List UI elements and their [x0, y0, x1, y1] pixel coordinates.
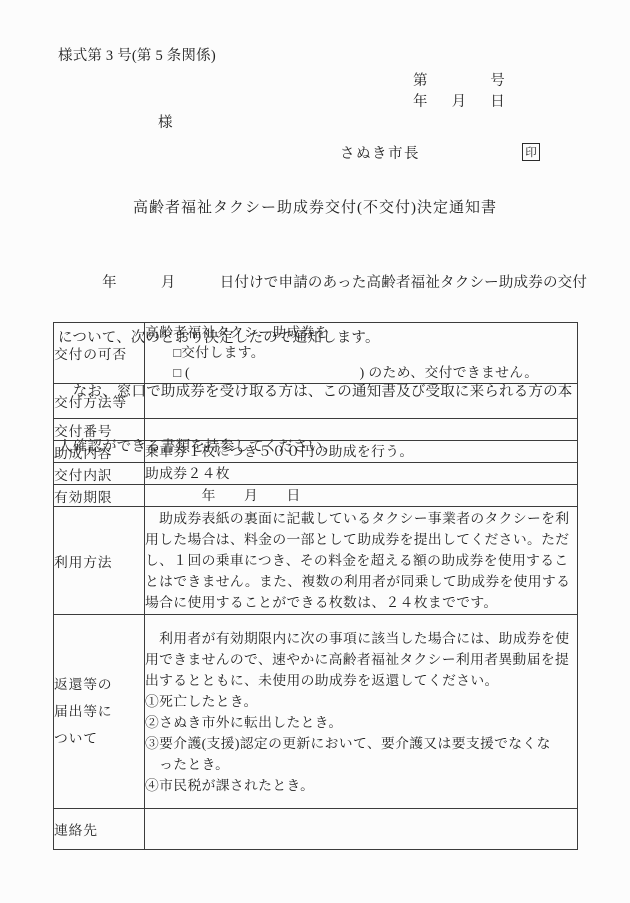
cell-line: 助成券表紙の裏面に記載しているタクシー事業者のタクシーを利 — [145, 508, 577, 529]
cell-line: 高齢者福祉タクシー助成券を — [145, 323, 577, 343]
table-row: 交付内訳助成券２４枚 — [54, 463, 578, 485]
cell-line: □ ( ) のため、交付できません。 — [145, 363, 577, 383]
cell-line: ③要介護(支援)認定の更新において、要介護又は要支援でなくな — [145, 733, 577, 754]
cell-line: し、１回の乗車につき、その料金を超える額の助成券を使用するこ — [145, 550, 577, 571]
table-row: 交付の可否高齢者福祉タクシー助成券を □交付します。 □ ( ) のため、交付で… — [54, 323, 578, 384]
form-number: 様式第 3 号(第 5 条関係) — [58, 44, 216, 65]
row-content-cell — [145, 419, 578, 441]
doc-number-prefix: 第 — [413, 69, 428, 90]
row-content-cell: 年 月 日 — [145, 485, 578, 507]
table-row: 返還等の届出等について 利用者が有効期限内に次の事項に該当した場合には、助成券を… — [54, 615, 578, 809]
document-page: 様式第 3 号(第 5 条関係) 第 号 年 月 日 様 さぬき市長 印 高齢者… — [0, 0, 630, 903]
addressee-honorific: 様 — [158, 111, 173, 132]
row-label-cell: 交付内訳 — [54, 463, 145, 485]
row-label-cell: 有効期限 — [54, 485, 145, 507]
row-label-cell: 返還等の届出等について — [54, 615, 145, 809]
row-label-line: 返還等の — [54, 671, 144, 698]
doc-number-suffix: 号 — [490, 69, 505, 90]
table-row: 交付番号 — [54, 419, 578, 441]
row-content-cell — [145, 809, 578, 850]
row-label-cell: 交付の可否 — [54, 323, 145, 384]
notice-table: 交付の可否高齢者福祉タクシー助成券を □交付します。 □ ( ) のため、交付で… — [53, 322, 578, 850]
row-content-cell: 乗車券１枚につき５００円の助成を行う。 — [145, 441, 578, 463]
cell-line: ②さぬき市外に転出したとき。 — [145, 712, 577, 733]
row-label-line: ついて — [54, 725, 144, 752]
cell-line: 出するとともに、未使用の助成券を返還してください。 — [145, 670, 577, 691]
table-row: 利用方法 助成券表紙の裏面に記載しているタクシー事業者のタクシーを利用した場合は… — [54, 507, 578, 615]
year-label: 年 — [413, 90, 428, 111]
cell-line: 用できませんので、速やかに高齢者福祉タクシー利用者異動届を提 — [145, 649, 577, 670]
sender-name: さぬき市長 — [340, 142, 420, 163]
row-content-cell: 高齢者福祉タクシー助成券を □交付します。 □ ( ) のため、交付できません。 — [145, 323, 578, 384]
page-title: 高齢者福祉タクシー助成券交付(不交付)決定通知書 — [0, 196, 630, 217]
row-label-cell: 連絡先 — [54, 809, 145, 850]
row-content-cell: 助成券２４枚 — [145, 463, 578, 485]
cell-line: ④市民税が課されたとき。 — [145, 775, 577, 796]
row-label-cell: 利用方法 — [54, 507, 145, 615]
cell-line: 場合に使用することができる枚数は、２４枚までです。 — [145, 592, 577, 613]
row-label-line: 届出等に — [54, 698, 144, 725]
cell-line: 利用者が有効期限内に次の事項に該当した場合には、助成券を使 — [145, 628, 577, 649]
cell-line: とはできません。また、複数の利用者が同乗して助成券を使用する — [145, 571, 577, 592]
table-row: 連絡先 — [54, 809, 578, 850]
cell-line: 乗車券１枚につき５００円の助成を行う。 — [145, 441, 577, 462]
table-row: 助成内容乗車券１枚につき５００円の助成を行う。 — [54, 441, 578, 463]
row-content-cell: 助成券表紙の裏面に記載しているタクシー事業者のタクシーを利用した場合は、料金の一… — [145, 507, 578, 615]
row-content-cell — [145, 384, 578, 419]
body-line: 年 月 日付けで申請のあった高齢者福祉タクシー助成券の交付 — [58, 273, 583, 294]
day-label: 日 — [490, 90, 505, 111]
cell-line: 年 月 日 — [145, 485, 577, 506]
row-label-cell: 交付番号 — [54, 419, 145, 441]
row-label-cell: 助成内容 — [54, 441, 145, 463]
cell-line: 助成券２４枚 — [145, 463, 577, 484]
cell-line: 用した場合は、料金の一部として助成券を提出してください。ただ — [145, 529, 577, 550]
row-content-cell: 利用者が有効期限内に次の事項に該当した場合には、助成券を使用できませんので、速や… — [145, 615, 578, 809]
table-row: 有効期限 年 月 日 — [54, 485, 578, 507]
date-line: 年 月 日 — [413, 90, 505, 111]
checkbox-icon: □ — [173, 345, 181, 360]
seal-icon: 印 — [522, 143, 540, 161]
cell-line: □交付します。 — [145, 343, 577, 363]
row-label-cell: 交付方法等 — [54, 384, 145, 419]
cell-line: ったとき。 — [145, 754, 577, 775]
checkbox-icon: □ — [173, 365, 181, 380]
table-row: 交付方法等 — [54, 384, 578, 419]
doc-number-line: 第 号 — [413, 69, 505, 90]
month-label: 月 — [452, 90, 467, 111]
cell-line: ①死亡したとき。 — [145, 691, 577, 712]
